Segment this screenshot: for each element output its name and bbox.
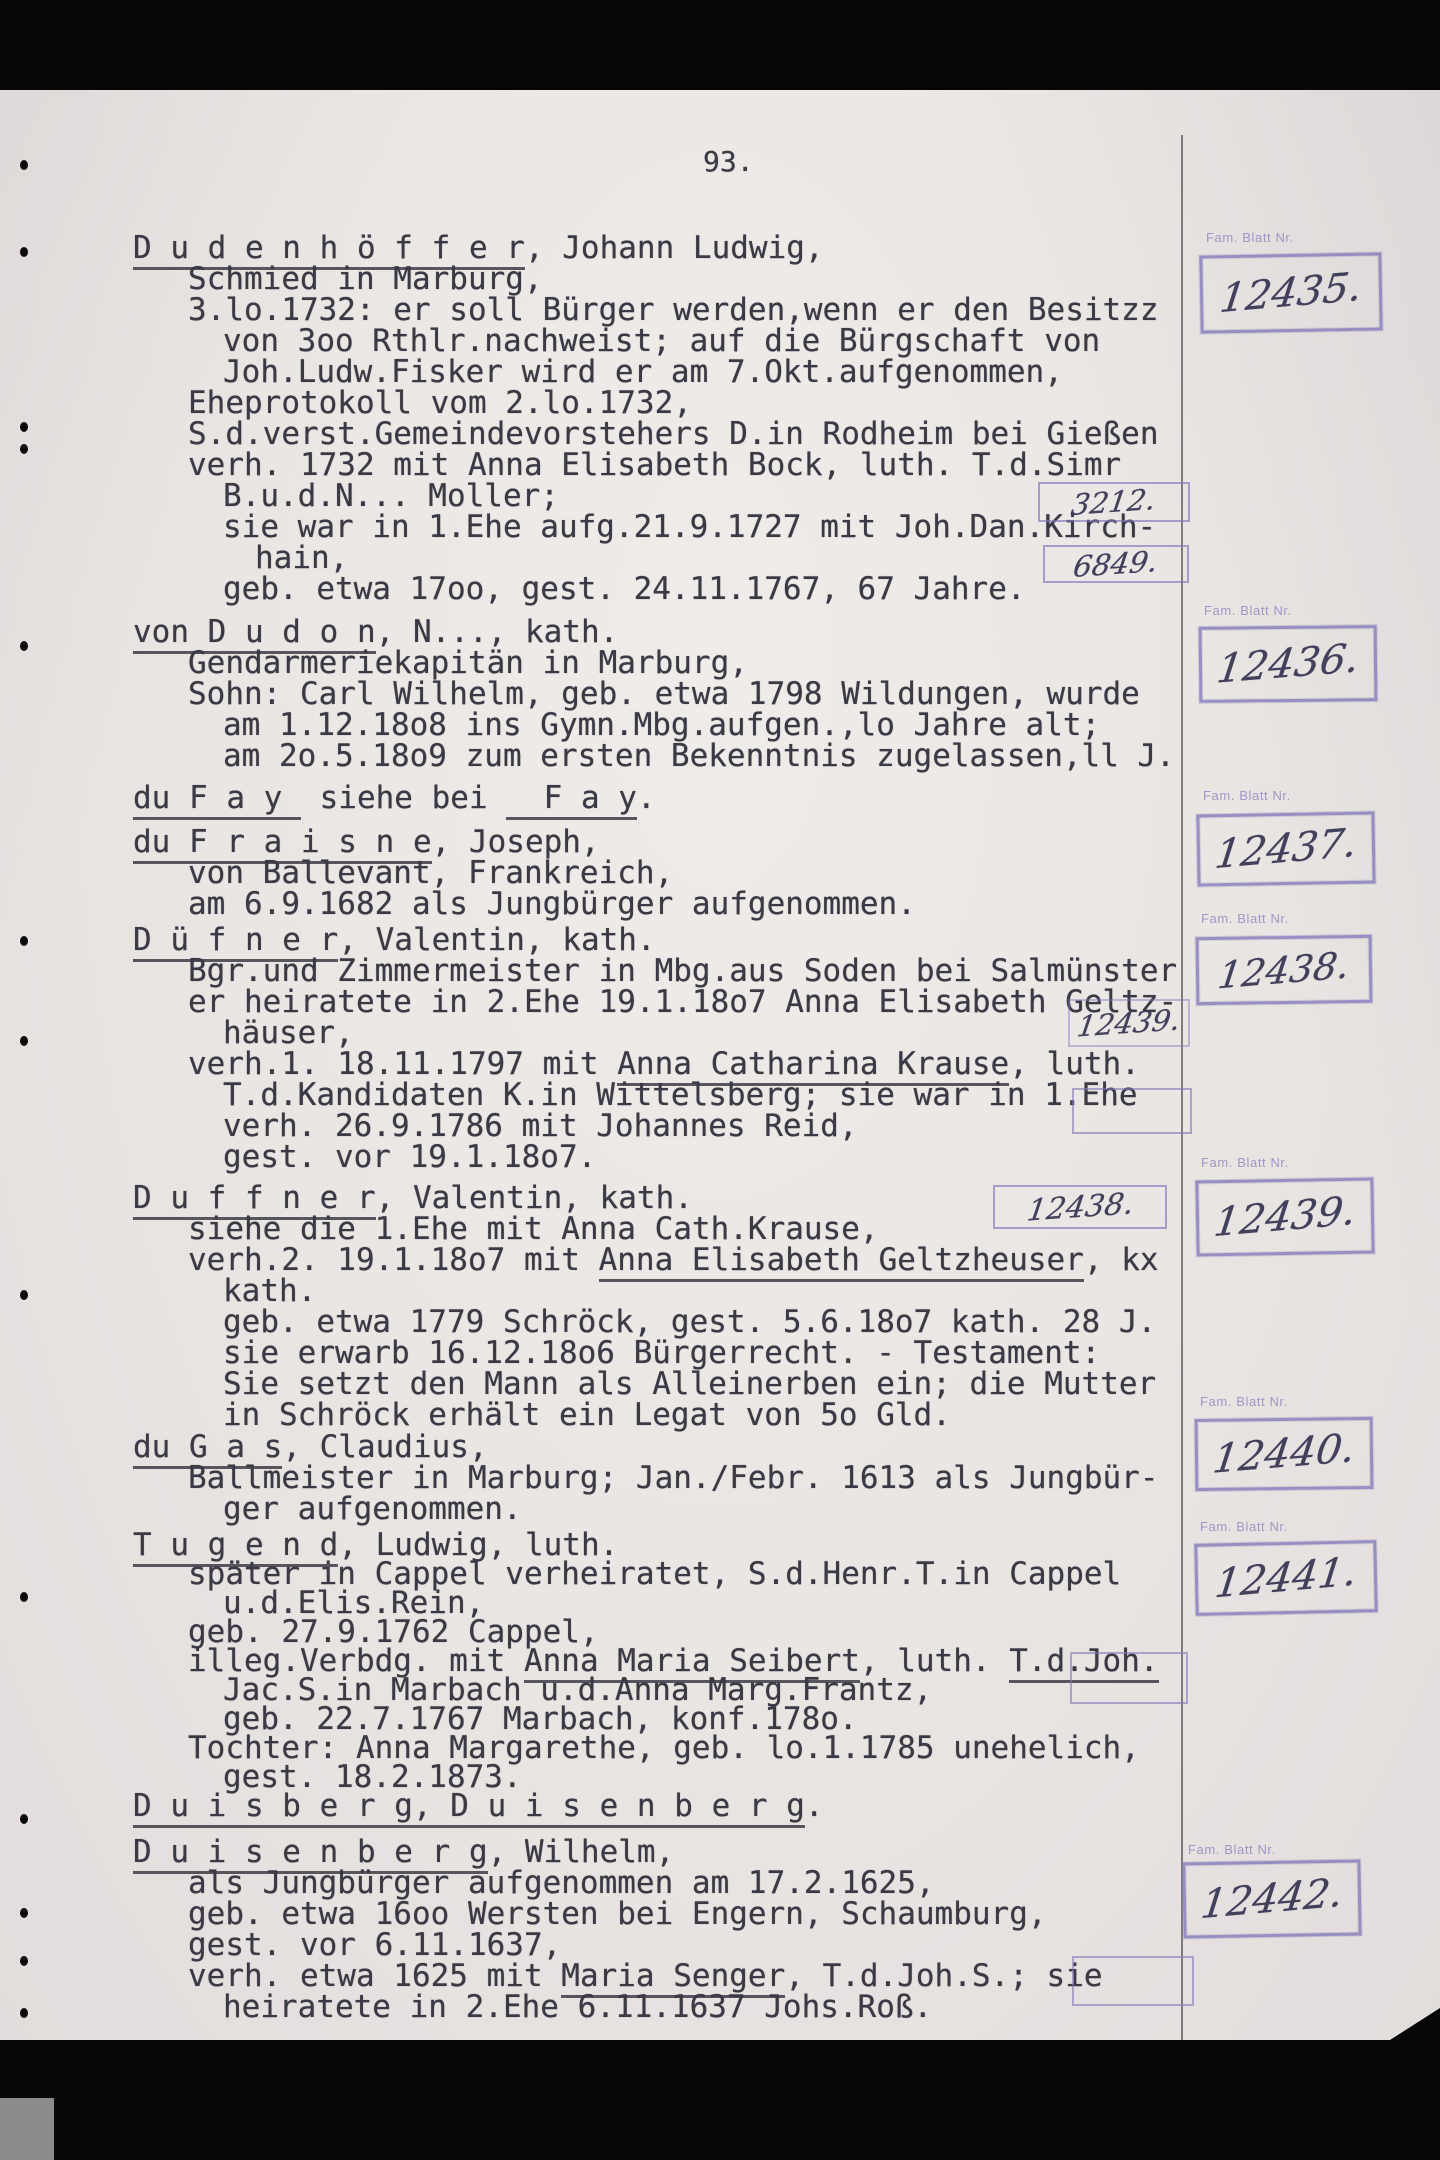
scan-speck	[20, 160, 28, 170]
scan-bottom-border	[0, 2040, 1440, 2160]
scan-speck	[20, 2008, 28, 2018]
empty-reference-box	[1072, 1956, 1194, 2006]
register-entry: T u g e n d, Ludwig, luth.später in Capp…	[133, 1531, 1159, 1792]
register-entry: du F a y siehe bei F a y.	[133, 783, 656, 814]
underlined-name: Anna Elisabeth Geltzheuser	[599, 1242, 1084, 1282]
scanned-register-page: 93. D u d e n h ö f f e r, Johann Ludwig…	[0, 0, 1440, 2160]
fam-blatt-label: Fam. Blatt Nr.	[1201, 1155, 1289, 1170]
crossref-number-box: 3212.	[1038, 482, 1190, 522]
crossref-number-box: 12439.	[1068, 999, 1190, 1047]
typed-text: heiratete in 2.Ehe 6.11.1637 Johs.Roß.	[223, 1989, 932, 2025]
fam-number-12440: 12440.	[1210, 1425, 1358, 1482]
entry-line: sie war in 1.Ehe aufg.21.9.1727 mit Joh.…	[133, 512, 1159, 543]
entry-line: Joh.Ludw.Fisker wird er am 7.Okt.aufgeno…	[133, 357, 1159, 388]
entry-line: du F r a i s n e, Joseph,	[133, 827, 916, 858]
entry-line: Gendarmeriekapitän in Marburg,	[133, 648, 1175, 679]
typed-text: .	[637, 780, 656, 816]
fam-number-12435: 12435.	[1217, 264, 1364, 322]
entry-line: verh.1. 18.11.1797 mit Anna Catharina Kr…	[133, 1049, 1177, 1080]
fam-blatt-label: Fam. Blatt Nr.	[1204, 603, 1292, 618]
typed-text: am 6.9.1682 als Jungbürger aufgenommen.	[188, 886, 916, 922]
entry-line: verh.2. 19.1.18o7 mit Anna Elisabeth Gel…	[133, 1245, 1159, 1276]
entry-line: du F a y siehe bei F a y.	[133, 783, 656, 814]
fam-number-12442: 12442.	[1198, 1870, 1345, 1928]
entry-line: am 1.12.18o8 ins Gymn.Mbg.aufgen.,lo Jah…	[133, 710, 1175, 741]
scan-speck	[20, 641, 28, 651]
scan-speck	[20, 1290, 28, 1300]
fam-number-12439: 12439.	[1211, 1188, 1358, 1246]
fam-blatt-label: Fam. Blatt Nr.	[1200, 1394, 1288, 1409]
entry-line: verh. etwa 1625 mit Maria Senger, T.d.Jo…	[133, 1961, 1103, 1992]
entry-line: als Jungbürger aufgenommen am 17.2.1625,	[133, 1868, 1103, 1899]
register-entry: D ü f n e r, Valentin, kath.Bgr.und Zimm…	[133, 925, 1177, 1173]
typed-text: sie war in 1.Ehe aufg.21.9.1727 mit Joh.…	[223, 509, 1156, 545]
fam-blatt-label: Fam. Blatt Nr.	[1200, 1519, 1288, 1534]
scan-speck	[20, 1036, 28, 1046]
entry-line: 3.lo.1732: er soll Bürger werden,wenn er…	[133, 295, 1159, 326]
entry-line: D u i s e n b e r g, Wilhelm,	[133, 1837, 1103, 1868]
scan-speck	[20, 247, 28, 257]
typed-text: , kx	[1084, 1242, 1159, 1278]
empty-reference-box	[1072, 1088, 1192, 1134]
entry-line: S.d.verst.Gemeindevorstehers D.in Rodhei…	[133, 419, 1159, 450]
entry-line: Eheprotokoll vom 2.lo.1732,	[133, 388, 1159, 419]
entry-line: von 3oo Rthlr.nachweist; auf die Bürgsch…	[133, 326, 1159, 357]
underlined-name: du F a y	[133, 780, 301, 820]
crossref-3212: 3212.	[1070, 482, 1159, 522]
entry-line: hain,	[133, 543, 1159, 574]
entry-line: Schmied in Marburg,	[133, 264, 1159, 295]
underlined-name: F a y	[506, 780, 637, 820]
entry-line: am 6.9.1682 als Jungbürger aufgenommen.	[133, 889, 916, 920]
entry-line: verh. 26.9.1786 mit Johannes Reid,	[133, 1111, 1177, 1142]
crossref-6849: 6849.	[1072, 544, 1161, 584]
entry-line: Ballmeister in Marburg; Jan./Febr. 1613 …	[133, 1463, 1159, 1494]
scan-speck	[20, 422, 28, 432]
fam-blatt-label: Fam. Blatt Nr.	[1203, 788, 1291, 803]
entry-line: er heiratete in 2.Ehe 19.1.18o7 Anna Eli…	[133, 987, 1177, 1018]
entry-line: Sohn: Carl Wilhelm, geb. etwa 1798 Wildu…	[133, 679, 1175, 710]
underlined-name: D u i s b e r g, D u i s e n b e r g	[133, 1788, 805, 1828]
crossref-12438: 12438.	[1024, 1186, 1135, 1228]
entry-line: Sie setzt den Mann als Alleinerben ein; …	[133, 1369, 1159, 1400]
scan-speck	[20, 936, 28, 946]
fam-number-box: 12440.	[1195, 1417, 1374, 1491]
entry-line: ger aufgenommen.	[133, 1494, 1159, 1525]
entry-line: sie erwarb 16.12.18o6 Bürgerrecht. - Tes…	[133, 1338, 1159, 1369]
empty-reference-box	[1070, 1652, 1188, 1704]
entry-line: von Ballevant, Frankreich,	[133, 858, 916, 889]
register-entry: D u d e n h ö f f e r, Johann Ludwig,Sch…	[133, 233, 1159, 605]
scan-corner-notch	[0, 2098, 54, 2160]
fam-number-box: 12436.	[1199, 625, 1378, 703]
register-entry: D u i s b e r g, D u i s e n b e r g.	[133, 1791, 824, 1822]
crossref-number-box: 6849.	[1043, 545, 1189, 583]
entry-line: von D u d o n, N..., kath.	[133, 617, 1175, 648]
typed-text: gest. vor 19.1.18o7.	[223, 1139, 596, 1175]
entry-line: du G a s, Claudius,	[133, 1432, 1159, 1463]
crossref-12439: 12439.	[1075, 1003, 1183, 1044]
scan-speck	[20, 444, 28, 454]
entry-line: geb. etwa 17oo, gest. 24.11.1767, 67 Jah…	[133, 574, 1159, 605]
fam-number-box: 12439.	[1195, 1177, 1374, 1256]
typed-text: ger aufgenommen.	[223, 1491, 522, 1527]
typed-text: siehe bei	[301, 780, 506, 816]
entry-line: geb. etwa 1779 Schröck, gest. 5.6.18o7 k…	[133, 1307, 1159, 1338]
typed-text: in Schröck erhält ein Legat von 5o Gld.	[223, 1397, 951, 1433]
entry-line: D u i s b e r g, D u i s e n b e r g.	[133, 1791, 824, 1822]
fam-number-box: 12437.	[1196, 811, 1375, 886]
fam-number-12437: 12437.	[1212, 820, 1359, 878]
fam-number-box: 12435.	[1199, 252, 1382, 333]
register-entry: du G a s, Claudius,Ballmeister in Marbur…	[133, 1432, 1159, 1525]
typed-text: am 2o.5.18o9 zum ersten Bekenntnis zugel…	[223, 738, 1175, 774]
entry-line: verh. 1732 mit Anna Elisabeth Bock, luth…	[133, 450, 1159, 481]
scan-speck	[20, 1592, 28, 1602]
typed-text: , Johann Ludwig,	[525, 230, 824, 266]
entry-line: Bgr.und Zimmermeister in Mbg.aus Soden b…	[133, 956, 1177, 987]
entry-line: heiratete in 2.Ehe 6.11.1637 Johs.Roß.	[133, 1992, 1103, 2023]
typed-text: .	[805, 1788, 824, 1824]
register-entry: du F r a i s n e, Joseph,von Ballevant, …	[133, 827, 916, 920]
fam-number-box: 12441.	[1194, 1540, 1377, 1616]
scan-top-border	[0, 0, 1440, 90]
fam-blatt-label: Fam. Blatt Nr.	[1206, 230, 1294, 245]
scan-speck	[20, 1814, 28, 1824]
fam-blatt-label: Fam. Blatt Nr.	[1188, 1842, 1276, 1857]
typed-text: geb. etwa 17oo, gest. 24.11.1767, 67 Jah…	[223, 571, 1026, 607]
entry-line: gest. vor 19.1.18o7.	[133, 1142, 1177, 1173]
fam-number-12441: 12441.	[1212, 1549, 1359, 1608]
crossref-number-box: 12438.	[993, 1185, 1167, 1229]
entry-line: in Schröck erhält ein Legat von 5o Gld.	[133, 1400, 1159, 1431]
entry-line: D ü f n e r, Valentin, kath.	[133, 925, 1177, 956]
entry-line: B.u.d.N... Moller;	[133, 481, 1159, 512]
fam-number-box: 12442.	[1182, 1859, 1361, 1938]
entry-line: geb. etwa 16oo Wersten bei Engern, Schau…	[133, 1899, 1103, 1930]
entry-line: am 2o.5.18o9 zum ersten Bekenntnis zugel…	[133, 741, 1175, 772]
scan-speck	[20, 1956, 28, 1966]
fam-number-12438: 12438.	[1216, 943, 1352, 997]
register-entry: von D u d o n, N..., kath.Gendarmeriekap…	[133, 617, 1175, 772]
fam-blatt-label: Fam. Blatt Nr.	[1201, 911, 1289, 926]
entry-line: häuser,	[133, 1018, 1177, 1049]
entry-line: D u d e n h ö f f e r, Johann Ludwig,	[133, 233, 1159, 264]
entry-line: gest. vor 6.11.1637,	[133, 1930, 1103, 1961]
register-entry: D u i s e n b e r g, Wilhelm,als Jungbür…	[133, 1837, 1103, 2023]
page-number: 93.	[703, 146, 754, 177]
fam-number-12436: 12436.	[1214, 635, 1362, 692]
entry-line: T.d.Kandidaten K.in Wittelsberg; sie war…	[133, 1080, 1177, 1111]
scan-speck	[20, 1908, 28, 1918]
fam-number-box: 12438.	[1196, 935, 1373, 1005]
